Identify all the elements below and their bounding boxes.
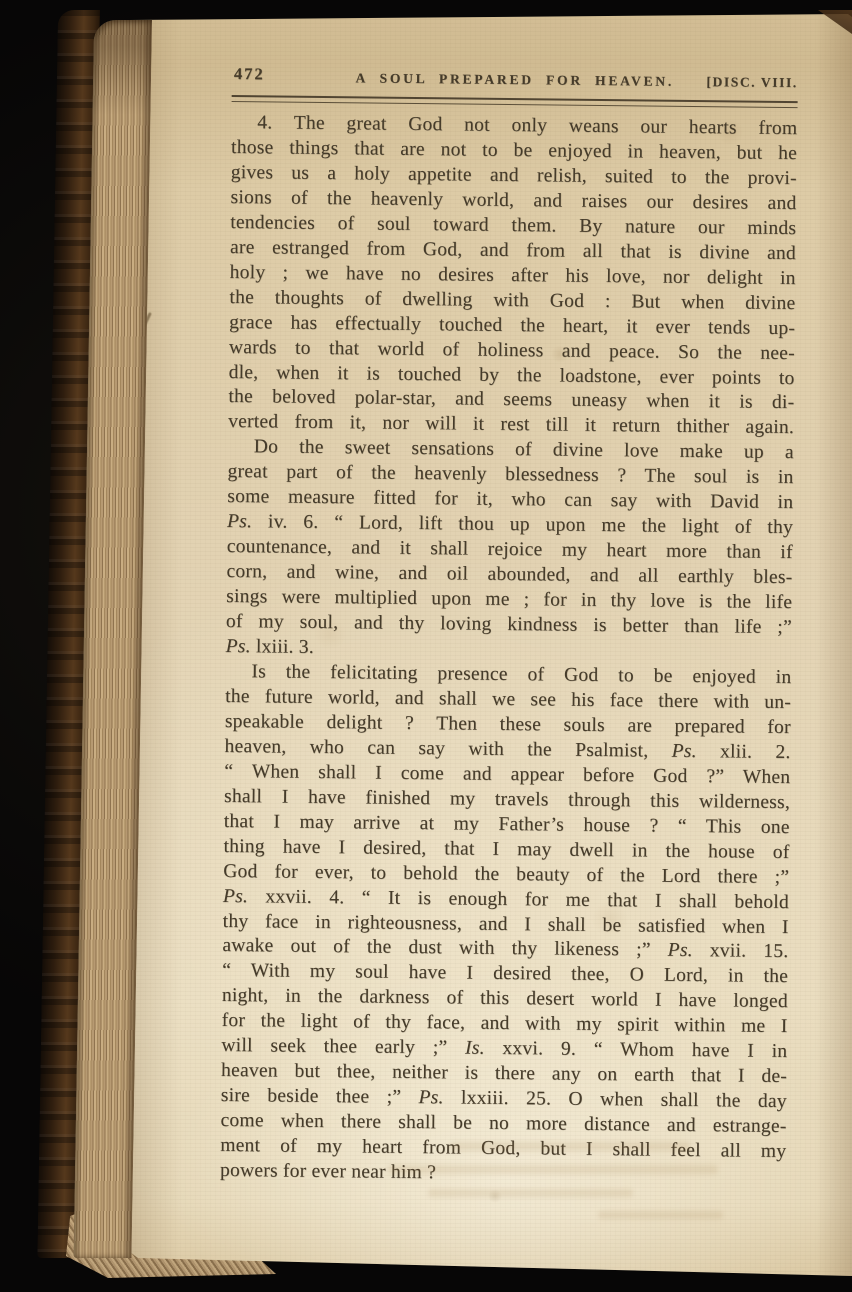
page-header: 472 A SOUL PREPARED FOR HEAVEN. [DISC. V…	[232, 64, 798, 100]
paragraph: 4. The great God not only weans our hear…	[228, 111, 797, 441]
paragraph: Is the felicitating presence of God to b…	[220, 660, 792, 1190]
paragraph: Do the sweet sensations of divine love m…	[226, 435, 794, 666]
book-page: 472 A SOUL PREPARED FOR HEAVEN. [DISC. V…	[130, 14, 852, 1280]
page-body: 4. The great God not only weans our hear…	[220, 111, 798, 1190]
show-through-mark	[428, 1189, 633, 1197]
show-through-mark	[598, 1211, 723, 1219]
printed-area: 472 A SOUL PREPARED FOR HEAVEN. [DISC. V…	[220, 64, 798, 1190]
discourse-label: [DISC. VIII.	[706, 74, 798, 91]
book-photo-scan: 472 A SOUL PREPARED FOR HEAVEN. [DISC. V…	[0, 0, 852, 1292]
